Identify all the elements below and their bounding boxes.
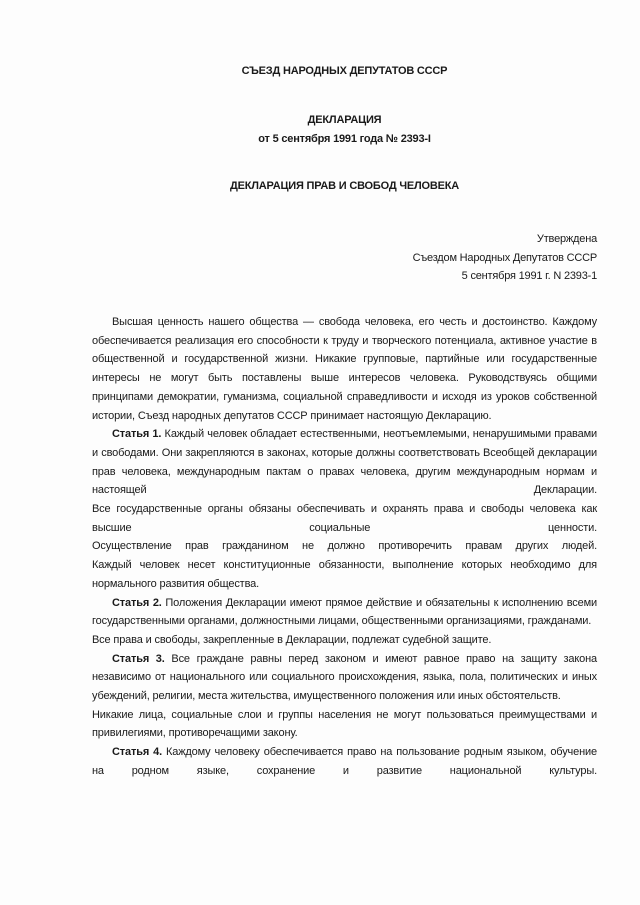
approval-block: Утверждена Съездом Народных Депутатов СС… [413, 230, 597, 286]
issuing-body-heading: СЪЕЗД НАРОДНЫХ ДЕПУТАТОВ СССР [92, 65, 597, 77]
document-body: Высшая ценность нашего общества — свобод… [92, 313, 597, 781]
article-1-text: Каждый человек обладает естественными, н… [92, 428, 597, 496]
document-title: ДЕКЛАРАЦИЯ ПРАВ И СВОБОД ЧЕЛОВЕКА [92, 180, 597, 192]
article-2-text: Положения Декларации имеют прямое действ… [92, 597, 597, 628]
article-3-text: Все граждане равны перед законом и имеют… [92, 653, 597, 702]
article-3-label: Статья 3. [112, 653, 165, 665]
document-date-heading: от 5 сентября 1991 года № 2393-I [92, 133, 597, 145]
article-4-text: Каждому человеку обеспечивается право на… [92, 746, 597, 777]
article-2-paragraph: Статья 2. Положения Декларации имеют пря… [92, 594, 597, 631]
article-1-clause-3: Осуществление прав гражданином не должно… [92, 537, 597, 556]
approval-status: Утверждена [413, 230, 597, 249]
article-2-label: Статья 2. [112, 597, 162, 609]
article-1-clause-2: Все государственные органы обязаны обесп… [92, 500, 597, 537]
article-3-clause-2: Никакие лица, социальные слои и группы н… [92, 706, 597, 743]
article-1-clause-4: Каждый человек несет конституционные обя… [92, 556, 597, 593]
article-2-clause-2: Все права и свободы, закрепленные в Декл… [92, 631, 597, 650]
preamble-paragraph: Высшая ценность нашего общества — свобод… [92, 313, 597, 425]
article-1-label: Статья 1. [112, 428, 161, 440]
article-3-paragraph: Статья 3. Все граждане равны перед закон… [92, 650, 597, 706]
article-4-paragraph: Статья 4. Каждому человеку обеспечиваетс… [92, 743, 597, 780]
document-type-heading: ДЕКЛАРАЦИЯ [92, 114, 597, 126]
approval-authority: Съездом Народных Депутатов СССР [413, 249, 597, 268]
article-4-label: Статья 4. [112, 746, 162, 758]
article-1-paragraph: Статья 1. Каждый человек обладает естест… [92, 425, 597, 500]
approval-date: 5 сентября 1991 г. N 2393-1 [413, 267, 597, 286]
